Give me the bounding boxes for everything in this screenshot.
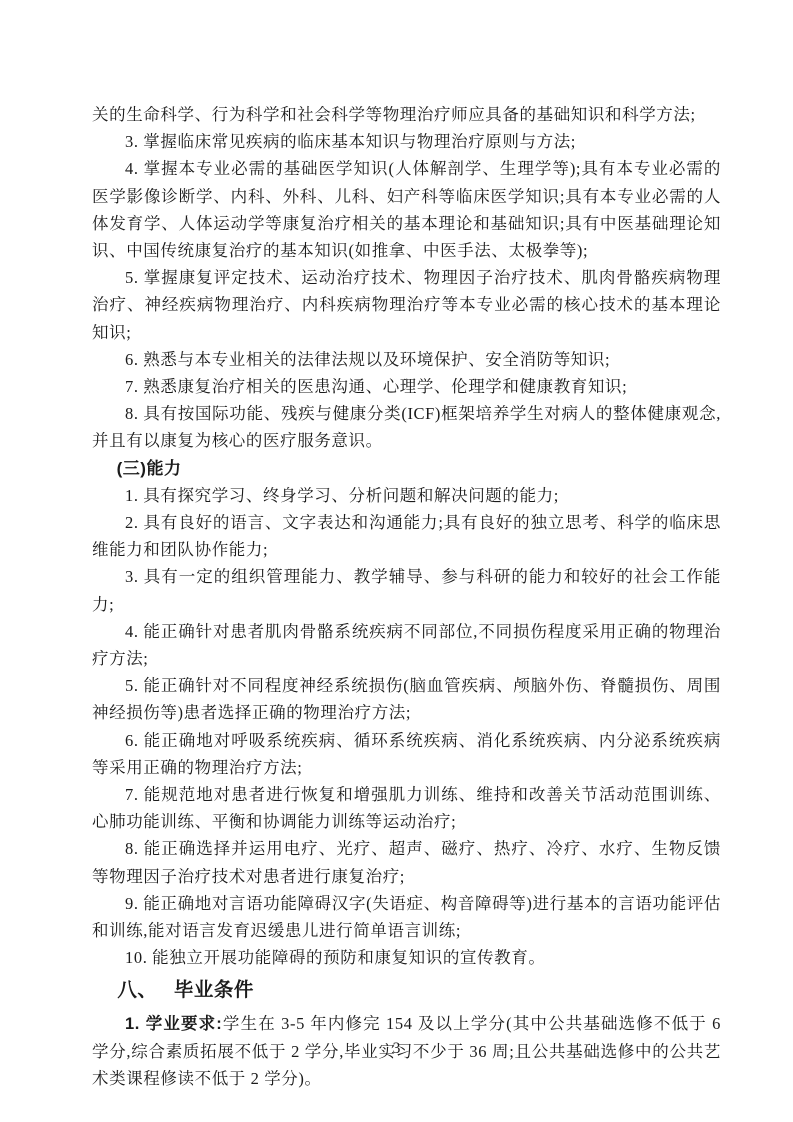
ability-item-2: 2. 具有良好的语言、文字表达和沟通能力;具有良好的独立思考、科学的临床思维能力… <box>92 509 721 563</box>
knowledge-item-8: 8. 具有按国际功能、残疾与健康分类(ICF)框架培养学生对病人的整体健康观念,… <box>92 400 721 454</box>
heading-number: 八、 <box>117 979 157 1001</box>
knowledge-item-7: 7. 熟悉康复治疗相关的医患沟通、心理学、伦理学和健康教育知识; <box>92 373 721 400</box>
knowledge-item-6: 6. 熟悉与本专业相关的法律法规以及环境保护、安全消防等知识; <box>92 346 721 373</box>
ability-item-3: 3. 具有一定的组织管理能力、教学辅导、参与科研的能力和较好的社会工作能力; <box>92 563 721 617</box>
knowledge-item-5: 5. 掌握康复评定技术、运动治疗技术、物理因子治疗技术、肌肉骨骼疾病物理治疗、神… <box>92 264 721 346</box>
ability-item-4: 4. 能正确针对患者肌肉骨骼系统疾病不同部位,不同损伤程度采用正确的物理治疗方法… <box>92 618 721 672</box>
ability-item-10: 10. 能独立开展功能障碍的预防和康复知识的宣传教育。 <box>92 944 721 971</box>
ability-item-5: 5. 能正确针对不同程度神经系统损伤(脑血管疾病、颅脑外伤、脊髓损伤、周围神经损… <box>92 672 721 726</box>
heading-title: 毕业条件 <box>174 979 254 1001</box>
page-number: 3 <box>0 1040 793 1058</box>
ability-section-heading: (三)能力 <box>92 455 721 482</box>
ability-item-8: 8. 能正确选择并运用电疗、光疗、超声、磁疗、热疗、冷疗、水疗、生物反馈等物理因… <box>92 835 721 889</box>
knowledge-item-4: 4. 掌握本专业必需的基础医学知识(人体解剖学、生理学等);具有本专业必需的医学… <box>92 155 721 264</box>
knowledge-item-3: 3. 掌握临床常见疾病的临床基本知识与物理治疗原则与方法; <box>92 128 721 155</box>
ability-item-1: 1. 具有探究学习、终身学习、分析问题和解决问题的能力; <box>92 482 721 509</box>
ability-item-6: 6. 能正确地对呼吸系统疾病、循环系统疾病、消化系统疾病、内分泌系统疾病等采用正… <box>92 727 721 781</box>
body-text: 关的生命科学、行为科学和社会科学等物理治疗师应具备的基础知识和科学方法; 3. … <box>92 101 721 1092</box>
graduation-section-heading: 八、毕业条件 <box>92 975 721 1005</box>
page-background: 关的生命科学、行为科学和社会科学等物理治疗师应具备的基础知识和科学方法; 3. … <box>0 0 793 1122</box>
document-page: { "content": { "continuation": "关的生命科学、行… <box>0 0 793 1122</box>
paragraph-continuation: 关的生命科学、行为科学和社会科学等物理治疗师应具备的基础知识和科学方法; <box>92 101 721 128</box>
ability-item-9: 9. 能正确地对言语功能障碍汉字(失语症、构音障碍等)进行基本的言语功能评估和训… <box>92 890 721 944</box>
ability-item-7: 7. 能规范地对患者进行恢复和增强肌力训练、维持和改善关节活动范围训练、心肺功能… <box>92 781 721 835</box>
requirement-label: 1. 学业要求: <box>125 1015 222 1033</box>
